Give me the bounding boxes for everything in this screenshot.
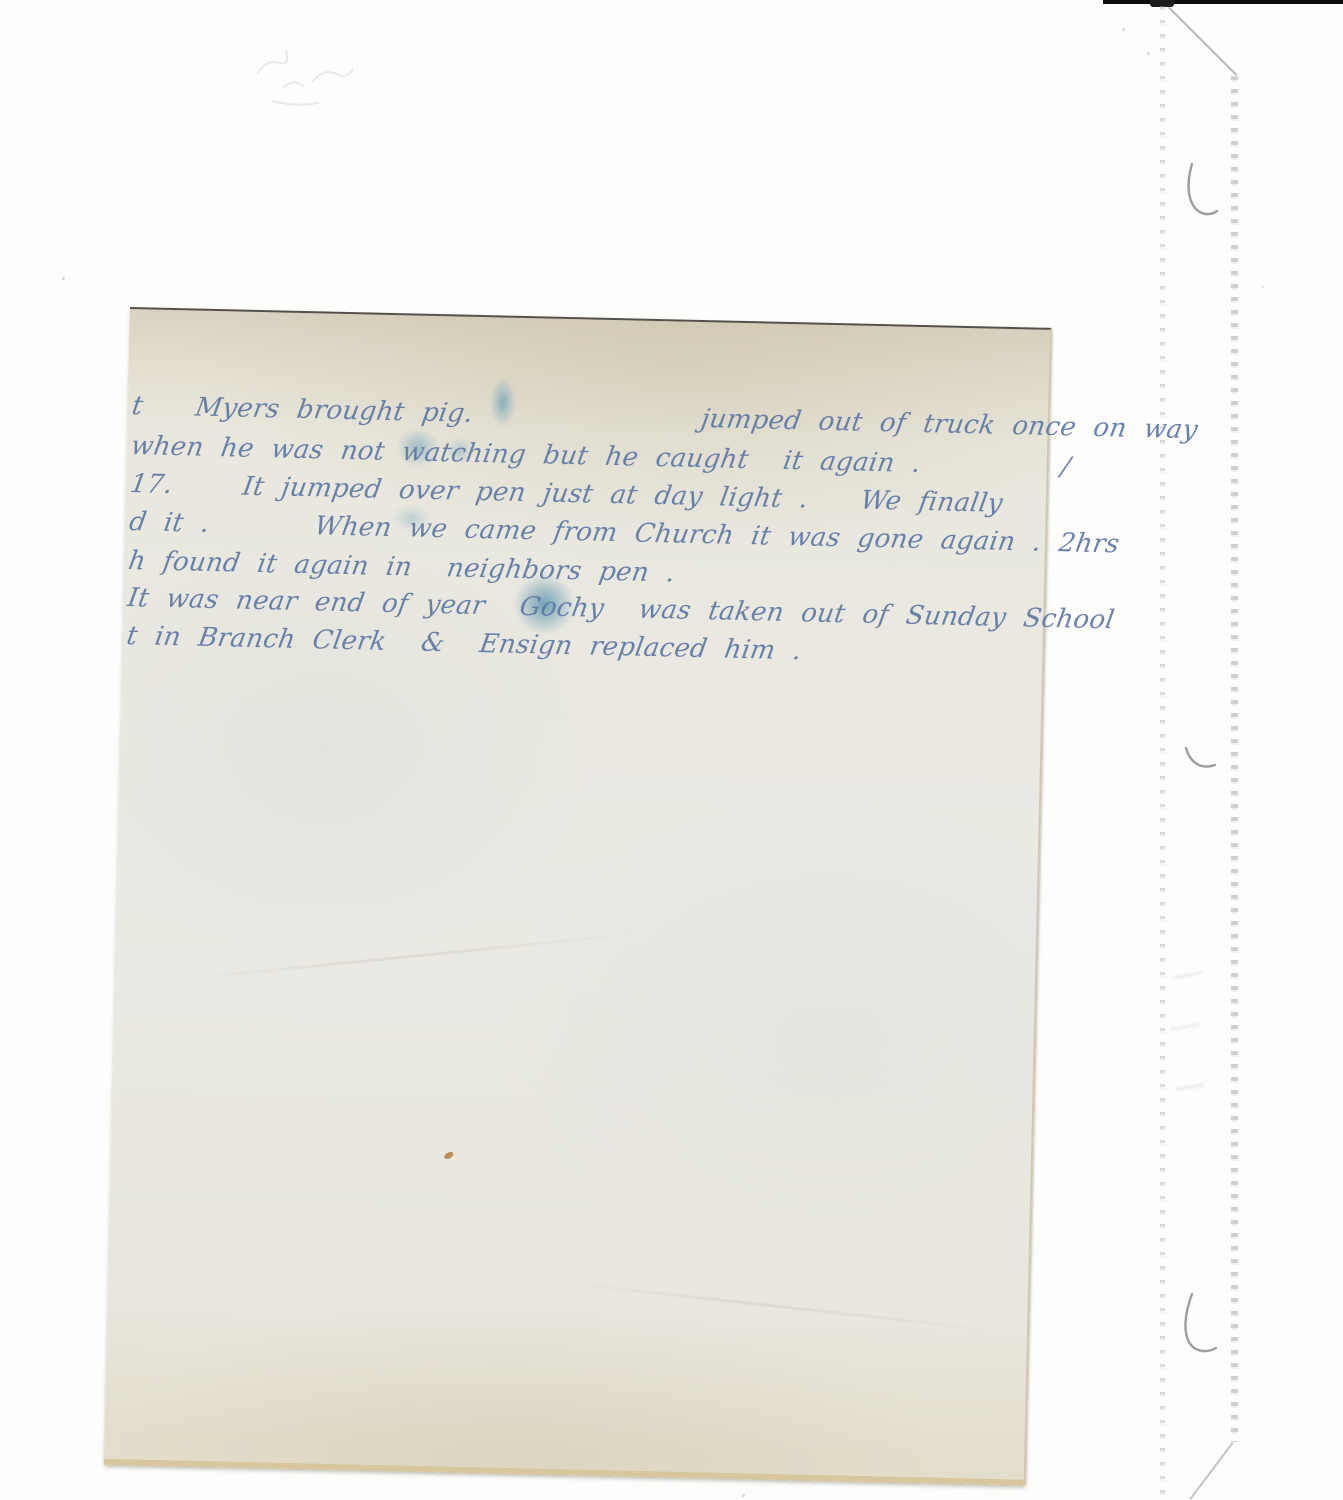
dust-speck xyxy=(742,1494,745,1497)
dust-speck xyxy=(1147,52,1150,55)
sleeve-corner-fold-bottom xyxy=(1189,1442,1233,1500)
punch-hole-shadow xyxy=(1182,1293,1220,1353)
show-through-mark xyxy=(1175,1082,1205,1091)
sleeve-corner-fold-top xyxy=(1168,7,1237,76)
show-through-mark xyxy=(1173,970,1203,979)
dust-speck xyxy=(62,277,65,280)
perforation-line-inner xyxy=(1231,76,1238,1442)
show-through-mark xyxy=(1170,1022,1200,1031)
dust-speck xyxy=(1262,286,1264,288)
dust-speck xyxy=(1122,28,1125,31)
scanner-edge-artifact xyxy=(1103,0,1343,4)
handwritten-page: t Myers brought pig. jumped out of truck… xyxy=(104,307,1052,1486)
paper-crease xyxy=(539,1278,997,1331)
perforation-line-outer xyxy=(1160,6,1165,1498)
paper-crease xyxy=(156,931,654,984)
punch-hole-shadow xyxy=(1184,742,1218,774)
pencil-marks xyxy=(243,33,383,113)
stain-speck xyxy=(443,1150,455,1160)
punch-hole-shadow xyxy=(1184,163,1220,217)
